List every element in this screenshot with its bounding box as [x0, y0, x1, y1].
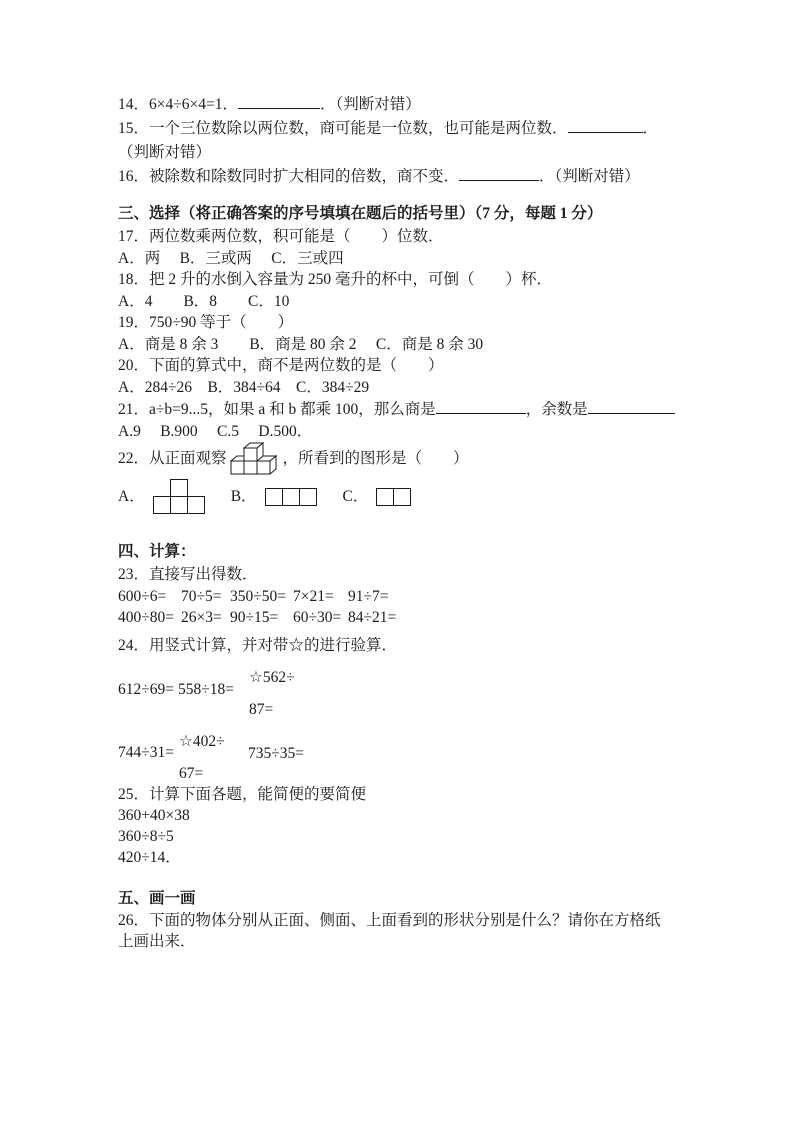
- calc-item: 90÷15=: [230, 607, 293, 629]
- calc-item: 744÷31=: [118, 745, 174, 761]
- question-24-problems: 612÷69= 558÷18= ☆562÷ 87= 744÷31= ☆402÷ …: [118, 656, 675, 784]
- question-19-options: A．商是 8 余 3 B．商是 80 余 2 C．商是 8 余 30: [118, 334, 675, 356]
- answer-blank: [588, 398, 675, 414]
- question-25-item: 420÷14．: [118, 847, 675, 868]
- question-21-mid: ，余数是: [526, 401, 588, 418]
- calc-item-starred: ☆562÷: [249, 670, 295, 686]
- calc-item: 84÷21=: [348, 607, 396, 629]
- calc-item: 7×21=: [293, 586, 348, 608]
- question-14: 14．6×4÷6×4=1．．（判断对错）: [118, 93, 675, 117]
- section-3-heading: 三、选择（将正确答案的序号填填在题后的括号里）（7 分，每题 1 分）: [118, 202, 675, 226]
- question-21: 21．a÷b=9...5，如果 a 和 b 都乘 100，那么商是，余数是: [118, 398, 675, 421]
- question-23-row-2: 400÷80=26×3=90÷15=60÷30=84÷21=: [118, 607, 675, 629]
- question-20: 20．下面的算式中，商不是两位数的是（ ）: [118, 355, 675, 377]
- option-b-shape: [265, 488, 317, 507]
- section-5-heading: 五、画一画: [118, 888, 675, 910]
- question-25: 25．计算下面各题，能简便的要简便: [118, 784, 675, 805]
- answer-blank: [238, 93, 320, 109]
- question-20-options: A．284÷26 B．384÷64 C．384÷29: [118, 377, 675, 399]
- document-page: 14．6×4÷6×4=1．．（判断对错） 15．一个三位数除以两位数，商可能是一…: [0, 0, 793, 1122]
- question-16-suffix: ．（判断对错）: [539, 168, 640, 185]
- question-14-suffix: ．（判断对错）: [320, 96, 421, 113]
- question-14-text: 14．6×4÷6×4=1．: [118, 96, 238, 113]
- option-c-shape: [376, 488, 411, 507]
- calc-item-starred: ☆402÷: [179, 734, 225, 750]
- option-c-label: C．: [343, 485, 369, 509]
- answer-blank: [459, 165, 539, 181]
- calc-item: 67=: [179, 766, 203, 782]
- question-18-options: A．4 B．8 C．10: [118, 291, 675, 313]
- calc-item: 70÷5=: [181, 586, 230, 608]
- option-a-shape: [153, 479, 205, 515]
- question-18: 18．把 2 升的水倒入容量为 250 毫升的杯中，可倒（ ）杯．: [118, 269, 675, 291]
- choice-section: 17．两位数乘两位数，积可能是（ ）位数． A．两 B．三或两 C．三或四 18…: [118, 226, 675, 442]
- section-4-heading: 四、计算：: [118, 540, 675, 564]
- question-22-options: A． B． C．: [118, 476, 675, 518]
- question-22: 22．从正面观察 ，所看到的图形是（ ）: [118, 442, 675, 476]
- question-22-suffix: ，所看到的图形是（ ）: [283, 447, 469, 471]
- question-21-text: 21．a÷b=9...5，如果 a 和 b 都乘 100，那么商是: [118, 401, 436, 418]
- question-17: 17．两位数乘两位数，积可能是（ ）位数．: [118, 226, 675, 248]
- answer-blank: [568, 117, 643, 133]
- calc-item: 26×3=: [181, 607, 230, 629]
- question-17-options: A．两 B．三或两 C．三或四: [118, 248, 675, 270]
- question-23-row-1: 600÷6=70÷5=350÷50=7×21=91÷7=: [118, 586, 675, 608]
- question-25-item: 360÷8÷5: [118, 826, 675, 847]
- question-15: 15．一个三位数除以两位数，商可能是一位数，也可能是两位数．．（判断对错）: [118, 117, 675, 165]
- calc-item: 735÷35=: [248, 746, 304, 762]
- question-22-text: 22．从正面观察: [118, 447, 227, 471]
- calc-item: 60÷30=: [293, 607, 348, 629]
- calc-item: 350÷50=: [230, 586, 293, 608]
- calc-item: 612÷69=: [118, 682, 174, 698]
- cube-stack-figure: [230, 442, 280, 476]
- calc-item: 558÷18=: [178, 682, 234, 698]
- calc-item: 400÷80=: [118, 607, 181, 629]
- question-15-text: 15．一个三位数除以两位数，商可能是一位数，也可能是两位数．: [118, 120, 568, 137]
- option-a-label: A．: [118, 485, 145, 509]
- calc-item: 87=: [249, 702, 273, 718]
- question-19: 19．750÷90 等于（ ）: [118, 312, 675, 334]
- calc-item: 91÷7=: [348, 586, 389, 608]
- question-16: 16．被除数和除数同时扩大相同的倍数，商不变．．（判断对错）: [118, 165, 675, 189]
- question-26: 26．下面的物体分别从正面、侧面、上面看到的形状分别是什么？请你在方格纸上画出来…: [118, 910, 675, 953]
- question-21-options: A.9 B.900 C.5 D.500．: [118, 421, 675, 443]
- question-24: 24．用竖式计算，并对带☆的进行验算．: [118, 635, 675, 657]
- answer-blank: [436, 398, 526, 414]
- question-23: 23．直接写出得数．: [118, 564, 675, 586]
- calc-item: 600÷6=: [118, 586, 181, 608]
- option-b-label: B．: [231, 485, 257, 509]
- question-16-text: 16．被除数和除数同时扩大相同的倍数，商不变．: [118, 168, 459, 185]
- question-25-item: 360+40×38: [118, 805, 675, 826]
